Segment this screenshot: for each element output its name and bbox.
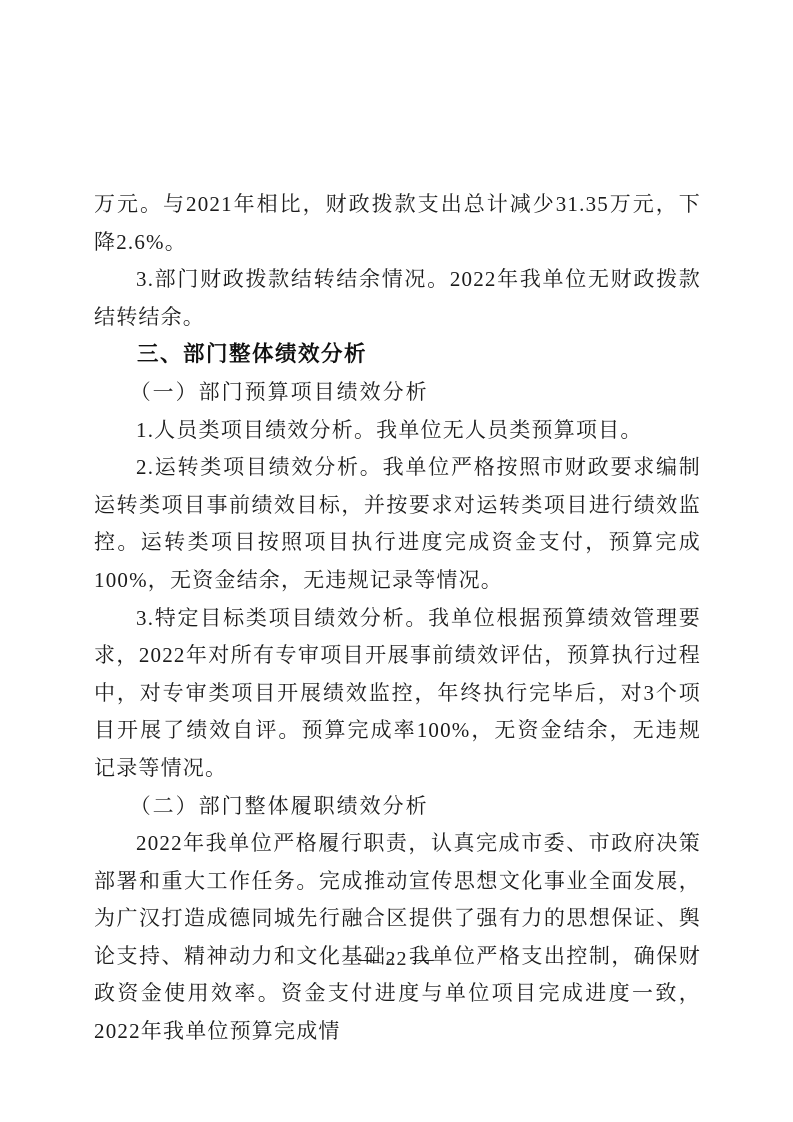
paragraph-carryover-balance: 3.部门财政拨款结转结余情况。2022年我单位无财政拨款结转结余。 — [94, 261, 701, 336]
section-heading-overall-performance-analysis: 三、部门整体绩效分析 — [94, 336, 701, 374]
subsection-heading-budget-project-performance: （一）部门预算项目绩效分析 — [94, 374, 701, 412]
paragraph-fiscal-appropriation-comparison: 万元。与2021年相比，财政拨款支出总计减少31.35万元，下降2.6%。 — [94, 186, 701, 261]
body-text: 万元。与2021年相比，财政拨款支出总计减少31.35万元，下降2.6%。 3.… — [94, 186, 701, 1051]
paragraph-personnel-project-performance: 1.人员类项目绩效分析。我单位无人员类预算项目。 — [94, 412, 701, 450]
paragraph-specific-goal-project-performance: 3.特定目标类项目绩效分析。我单位根据预算绩效管理要求，2022年对所有专审项目… — [94, 600, 701, 788]
document-page: { "document": { "body": [ { "type": "par… — [0, 0, 793, 1122]
subsection-heading-overall-duty-performance: （二）部门整体履职绩效分析 — [94, 788, 701, 826]
paragraph-duty-performance-detail: 2022年我单位严格履行职责，认真完成市委、市政府决策部署和重大工作任务。完成推… — [94, 825, 701, 1051]
page-number: — 22 — — [0, 948, 793, 971]
paragraph-operational-project-performance: 2.运转类项目绩效分析。我单位严格按照市财政要求编制运转类项目事前绩效目标，并按… — [94, 449, 701, 599]
